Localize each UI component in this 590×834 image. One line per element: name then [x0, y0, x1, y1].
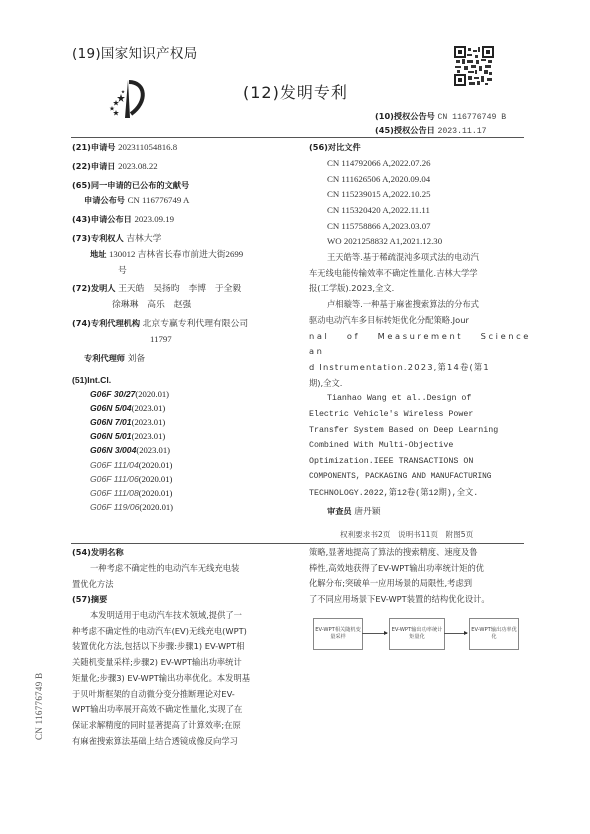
literature-line: COMPONENTS, PACKAGING AND MANUFACTURING: [309, 470, 531, 486]
ipc-code: G06N 5/01: [90, 431, 132, 441]
flow-step-3: EV-WPT输出功率优化: [469, 618, 519, 650]
app-pub-no: CN 116776749 A: [128, 195, 190, 205]
literature-line: TECHNOLOGY.2022,第12卷(第12期),全文.: [309, 486, 531, 502]
inventors-line1: 王天皓 吴扬昀 李博 于全毅: [118, 283, 241, 293]
ipc-version: (2020.01): [139, 460, 173, 470]
app-no-field: (21)申请号 202311054816.8: [72, 140, 302, 156]
app-date-label: (22)申请日: [72, 161, 115, 171]
ipc-code: G06N 5/04: [90, 403, 132, 413]
abstract-line: 本发明适用于电动汽车技术领域,提供了一: [72, 608, 294, 624]
page-counts: 权利要求书2页 说明书11页 附图5页: [340, 529, 473, 540]
same-app-label: (65)同一申请的已公布的文献号: [72, 180, 189, 190]
ipc-version: (2020.01): [135, 389, 169, 399]
literature-line: 报(工学版).2023,全文.: [309, 281, 531, 297]
abstract-line: 矩量化;步骤3) EV-WPT输出功率优化。本发明基: [72, 671, 294, 687]
literature-line: d Instrumentation.2023,第14卷(第1: [309, 360, 531, 376]
app-date-field: (22)申请日 2023.08.22: [72, 159, 302, 175]
examiner: 唐丹颖: [354, 506, 380, 516]
abstract-line: 策略,显著地提高了算法的搜索精度、速度及鲁: [309, 545, 531, 561]
app-pub-no-label: 申请公布号: [84, 195, 125, 205]
literature-citation: 王天皓等.基于稀疏混沌多项式法的电动汽 车无线电能传输效率不确定性量化.吉林大学…: [309, 250, 531, 297]
ipc-item: G06F 119/06(2020.01): [90, 501, 302, 515]
literature-line: Combined With Multi-Objective: [309, 438, 531, 454]
abstract-line: 装置优化方法,包括以下步骤:步骤1) EV-WPT相: [72, 639, 294, 655]
grant-pub-date-label: (45)授权公告日: [375, 125, 435, 135]
literature-line: Tianhao Wang et al..Design of: [309, 391, 531, 407]
agent-field: 专利代理师 刘备: [72, 351, 302, 367]
ipc-item: G06F 111/04(2020.01): [90, 459, 302, 473]
ipc-code: G06N 7/01: [90, 417, 132, 427]
patent-citation: CN 111626506 A,2020.09.04: [327, 172, 531, 188]
literature-line: 王天皓等.基于稀疏混沌多项式法的电动汽: [309, 250, 531, 266]
literature-line: nal of Measurement Science an: [309, 329, 531, 360]
agency-line2: 11797: [150, 334, 172, 344]
literature-line: Electric Vehicle's Wireless Power: [309, 407, 531, 423]
invention-title-line2: 置优化方法: [72, 577, 294, 593]
inventors-label: (72)发明人: [72, 283, 115, 293]
citations-column: (56)对比文件 CN 114792066 A,2022.07.26 CN 11…: [309, 140, 531, 520]
patent-citation: WO 2021258832 A1,2021.12.30: [327, 234, 531, 250]
grant-pub-no: CN 116776749 B: [437, 113, 506, 122]
abstract-line: 保证求解精度的同时显著提高了计算效率;在原: [72, 718, 294, 734]
patentee: 吉林大学: [126, 233, 161, 243]
header-divider: [71, 137, 524, 138]
ipc-item: G06F 30/27(2020.01): [90, 388, 302, 402]
address-line1: 130012 吉林省长春市前进大街2699: [109, 249, 243, 259]
citations-label: (56)对比文件: [309, 140, 531, 156]
ipc-code: G06F 30/27: [90, 389, 135, 399]
title-heading: (54)发明名称: [72, 547, 124, 557]
same-app-field: (65)同一申请的已公布的文献号: [72, 178, 302, 194]
office-name: (19)国家知识产权局: [72, 42, 198, 62]
app-no: 202311054816.8: [118, 142, 177, 152]
patent-citation: CN 115239015 A,2022.10.25: [327, 187, 531, 203]
flow-arrow-icon: [444, 633, 467, 634]
ipc-item: G06F 111/06(2020.01): [90, 473, 302, 487]
patentee-label: (73)专利权人: [72, 233, 124, 243]
patent-citation: CN 114792066 A,2022.07.26: [327, 156, 531, 172]
qr-code-icon: [454, 46, 494, 86]
ipc-version: (2023.01): [132, 431, 166, 441]
abstract-line: 棒性,高效地获得了EV-WPT输出功率统计矩的优: [309, 561, 531, 577]
literature-line: 期),全文.: [309, 376, 531, 392]
app-pub-date: 2023.09.19: [134, 214, 174, 224]
ipc-item: G06N 3/004(2023.01): [90, 444, 302, 458]
ipc-list: G06F 30/27(2020.01) G06N 5/04(2023.01) G…: [72, 388, 302, 516]
ipc-code: G06N 3/004: [90, 445, 136, 455]
side-pub-number: CN 116776749 B: [34, 673, 44, 740]
agent-label: 专利代理师: [84, 353, 125, 363]
app-pub-date-field: (43)申请公布日 2023.09.19: [72, 212, 302, 228]
abstract-line: WPT输出功率展开高效不确定性量化,实现了在: [72, 702, 294, 718]
grant-pub-date-row: (45)授权公告日 2023.11.17: [375, 124, 487, 138]
citations-heading: (56)对比文件: [309, 142, 361, 152]
address-field: 地址 130012 吉林省长春市前进大街2699: [72, 247, 302, 263]
abstract-label: (57)摘要: [72, 592, 294, 608]
inventors-field: (72)发明人 王天皓 吴扬昀 李博 于全毅: [72, 281, 302, 297]
address-label: 地址: [90, 249, 106, 259]
app-date: 2023.08.22: [118, 161, 158, 171]
abstract-line: 了不同应用场景下EV-WPT装置的结构优化设计。: [309, 592, 531, 608]
ipc-version: (2020.01): [139, 488, 173, 498]
flow-step-2: EV-WPT输出功率统计矩量化: [389, 618, 445, 650]
ipc-item: G06F 111/08(2020.01): [90, 487, 302, 501]
ipc-code: G06F 119/06: [90, 502, 139, 512]
examiner-field: 审查员 唐丹颖: [309, 504, 531, 520]
literature-citation: 卢相璇等.一种基于麻雀搜索算法的分布式 驱动电动汽车多目标转矩优化分配策略.Jo…: [309, 297, 531, 391]
agency-label: (74)专利代理机构: [72, 318, 140, 328]
address-line2: 号: [118, 265, 127, 275]
abstract-right-column: 策略,显著地提高了算法的搜索精度、速度及鲁 棒性,高效地获得了EV-WPT输出功…: [309, 545, 531, 608]
patent-citation: CN 115320420 A,2022.11.11: [327, 203, 531, 219]
ipc-code: G06F 111/08: [90, 488, 139, 498]
agency-line1: 北京专赢专利代理有限公司: [143, 318, 249, 328]
ipc-version: (2023.01): [132, 417, 166, 427]
ipc-version: (2023.01): [132, 403, 166, 413]
ipc-code: G06F 111/06: [90, 474, 139, 484]
grant-pub-no-label: (10)授权公告号: [375, 111, 435, 121]
ipc-version: (2023.01): [136, 445, 170, 455]
app-no-label: (21)申请号: [72, 142, 115, 152]
agency-line2-row: 11797: [72, 332, 302, 348]
abstract-left-column: (54)发明名称 一种考虑不确定性的电动汽车无线充电装 置优化方法 (57)摘要…: [72, 545, 294, 749]
ipc-item: G06N 5/04(2023.01): [90, 402, 302, 416]
patent-citation: CN 115758866 A,2023.03.07: [327, 219, 531, 235]
ipc-item: G06N 5/01(2023.01): [90, 430, 302, 444]
cnipa-logo-icon: [98, 76, 156, 122]
inventors-line2-row: 徐琳琳 高乐 赵强: [72, 297, 302, 313]
patentee-field: (73)专利权人 吉林大学: [72, 231, 302, 247]
literature-line: Optimization.IEEE TRANSACTIONS ON: [309, 454, 531, 470]
document-kind: (12)发明专利: [243, 80, 348, 103]
patent-citations: CN 114792066 A,2022.07.26 CN 111626506 A…: [309, 156, 531, 250]
abstract-line: 化解分布;突破单一应用场景的局限性,考虑到: [309, 576, 531, 592]
literature-line: 驱动电动汽车多目标转矩优化分配策略.Jour: [309, 313, 531, 329]
literature-line: Transfer System Based on Deep Learning: [309, 423, 531, 439]
ipc-item: G06N 7/01(2023.01): [90, 416, 302, 430]
grant-pub-no-row: (10)授权公告号 CN 116776749 B: [375, 110, 506, 124]
address-line2-row: 号: [72, 263, 302, 279]
ipc-label: (51)Int.Cl.: [72, 374, 302, 387]
flow-arrow-icon: [362, 633, 387, 634]
ipc-version: (2020.01): [139, 502, 173, 512]
abstract-line: 于贝叶斯框架的自动微分变分推断理论对EV-: [72, 687, 294, 703]
app-pub-date-label: (43)申请公布日: [72, 214, 132, 224]
abstract-heading: (57)摘要: [72, 594, 107, 604]
grant-pub-date: 2023.11.17: [437, 127, 486, 136]
invention-title-line1: 一种考虑不确定性的电动汽车无线充电装: [72, 561, 294, 577]
flow-step-1: EV-WPT相关随机变量采样: [313, 618, 363, 650]
examiner-label: 审查员: [327, 506, 352, 516]
ipc-version: (2020.01): [139, 474, 173, 484]
abstract-line: 关随机变量采样;步骤2) EV-WPT输出功率统计: [72, 655, 294, 671]
inventors-line2: 徐琳琳 高乐 赵强: [112, 299, 191, 309]
literature-citation: Tianhao Wang et al..Design of Electric V…: [309, 391, 531, 501]
app-pub-no-field: 申请公布号 CN 116776749 A: [72, 193, 302, 209]
literature-line: 车无线电能传输效率不确定性量化.吉林大学学: [309, 266, 531, 282]
biblio-column: (21)申请号 202311054816.8 (22)申请日 2023.08.2…: [72, 140, 302, 515]
abstract-line: 有麻雀搜索算法基础上结合透镜成像反向学习: [72, 734, 294, 750]
agent: 刘备: [128, 353, 146, 363]
title-label: (54)发明名称: [72, 545, 294, 561]
abstract-line: 种考虑不确定性的电动汽车(EV)无线充电(WPT): [72, 624, 294, 640]
literature-line: 卢相璇等.一种基于麻雀搜索算法的分布式: [309, 297, 531, 313]
ipc-code: G06F 111/04: [90, 460, 139, 470]
agency-field: (74)专利代理机构 北京专赢专利代理有限公司: [72, 316, 302, 332]
abstract-divider: [71, 543, 524, 544]
